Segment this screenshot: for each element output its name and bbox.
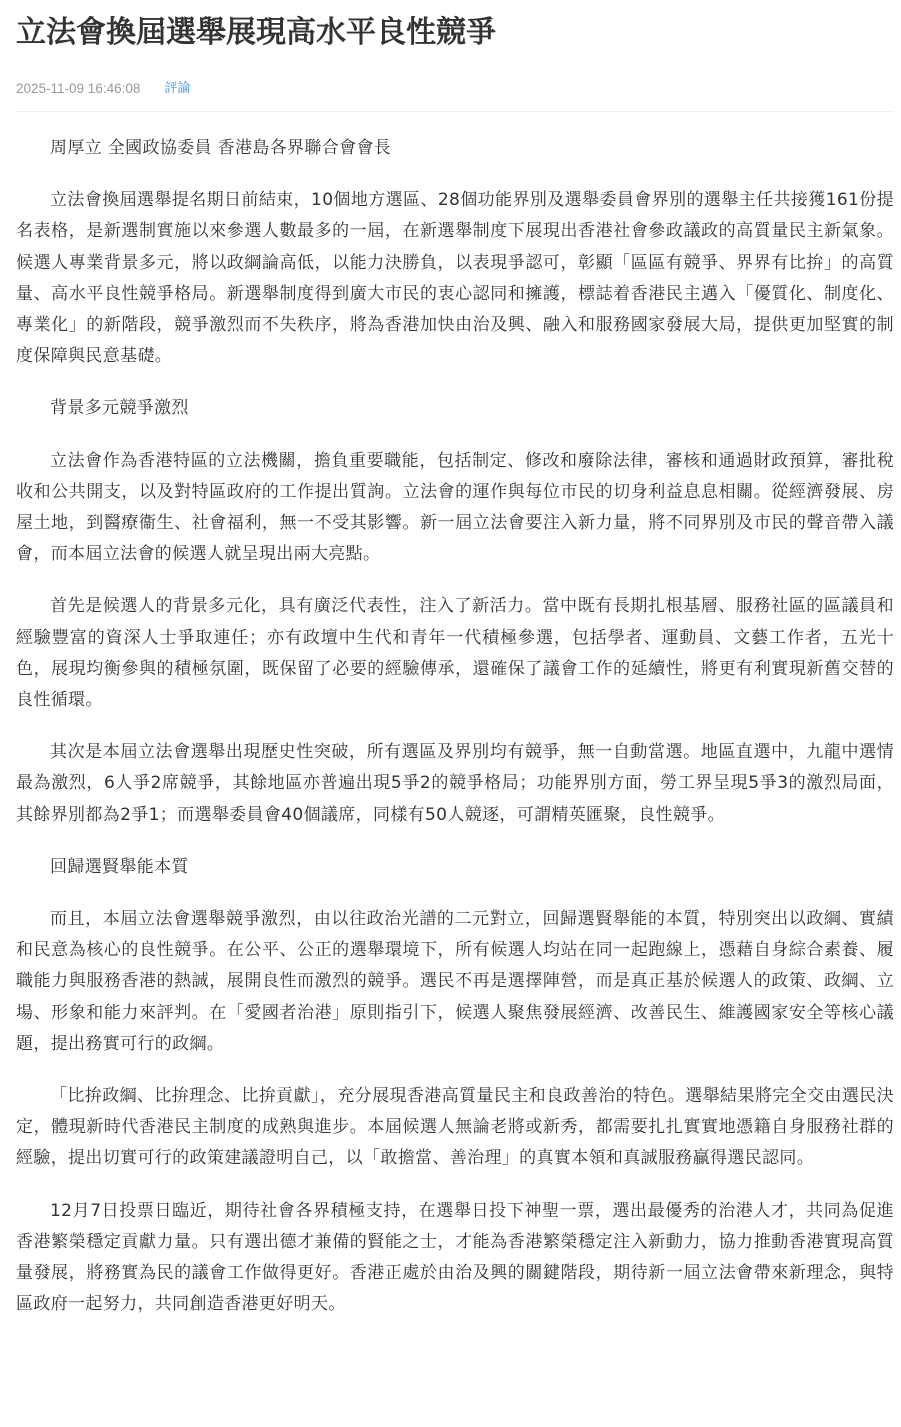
section-heading: 回歸選賢舉能本質 <box>16 852 894 883</box>
publish-datetime: 2025-11-09 16:46:08 <box>16 78 140 100</box>
article-body: 周厚立 全國政協委員 香港島各界聯合會會長 立法會換屆選舉提名期日前結束，10個… <box>16 112 894 1321</box>
paragraph: 而且，本屆立法會選舉競爭激烈，由以往政治光譜的二元對立，回歸選賢舉能的本質，特別… <box>16 904 894 1060</box>
article: 立法會換屆選舉展現高水平良性競爭 2025-11-09 16:46:08 評論 … <box>0 0 901 1321</box>
paragraph: 首先是候選人的背景多元化，具有廣泛代表性，注入了新活力。當中既有長期扎根基層、服… <box>16 591 894 716</box>
paragraph: 立法會作為香港特區的立法機關，擔負重要職能，包括制定、修改和廢除法律，審核和通過… <box>16 446 894 571</box>
paragraph: 立法會換屆選舉提名期日前結束，10個地方選區、28個功能界別及選舉委員會界別的選… <box>16 185 894 372</box>
category-link[interactable]: 評論 <box>164 78 190 100</box>
author-byline: 周厚立 全國政協委員 香港島各界聯合會會長 <box>16 133 894 164</box>
paragraph: 其次是本屆立法會選舉出現歷史性突破，所有選區及界別均有競爭，無一自動當選。地區直… <box>16 737 894 831</box>
article-meta: 2025-11-09 16:46:08 評論 <box>16 78 894 100</box>
paragraph: 「比拚政綱、比拚理念、比拚貢獻」，充分展現香港高質量民主和良政善治的特色。選舉結… <box>16 1081 894 1175</box>
article-title: 立法會換屆選舉展現高水平良性競爭 <box>16 0 894 54</box>
section-heading: 背景多元競爭激烈 <box>16 393 894 424</box>
paragraph: 12月7日投票日臨近，期待社會各界積極支持，在選舉日投下神聖一票，選出最優秀的治… <box>16 1196 894 1321</box>
